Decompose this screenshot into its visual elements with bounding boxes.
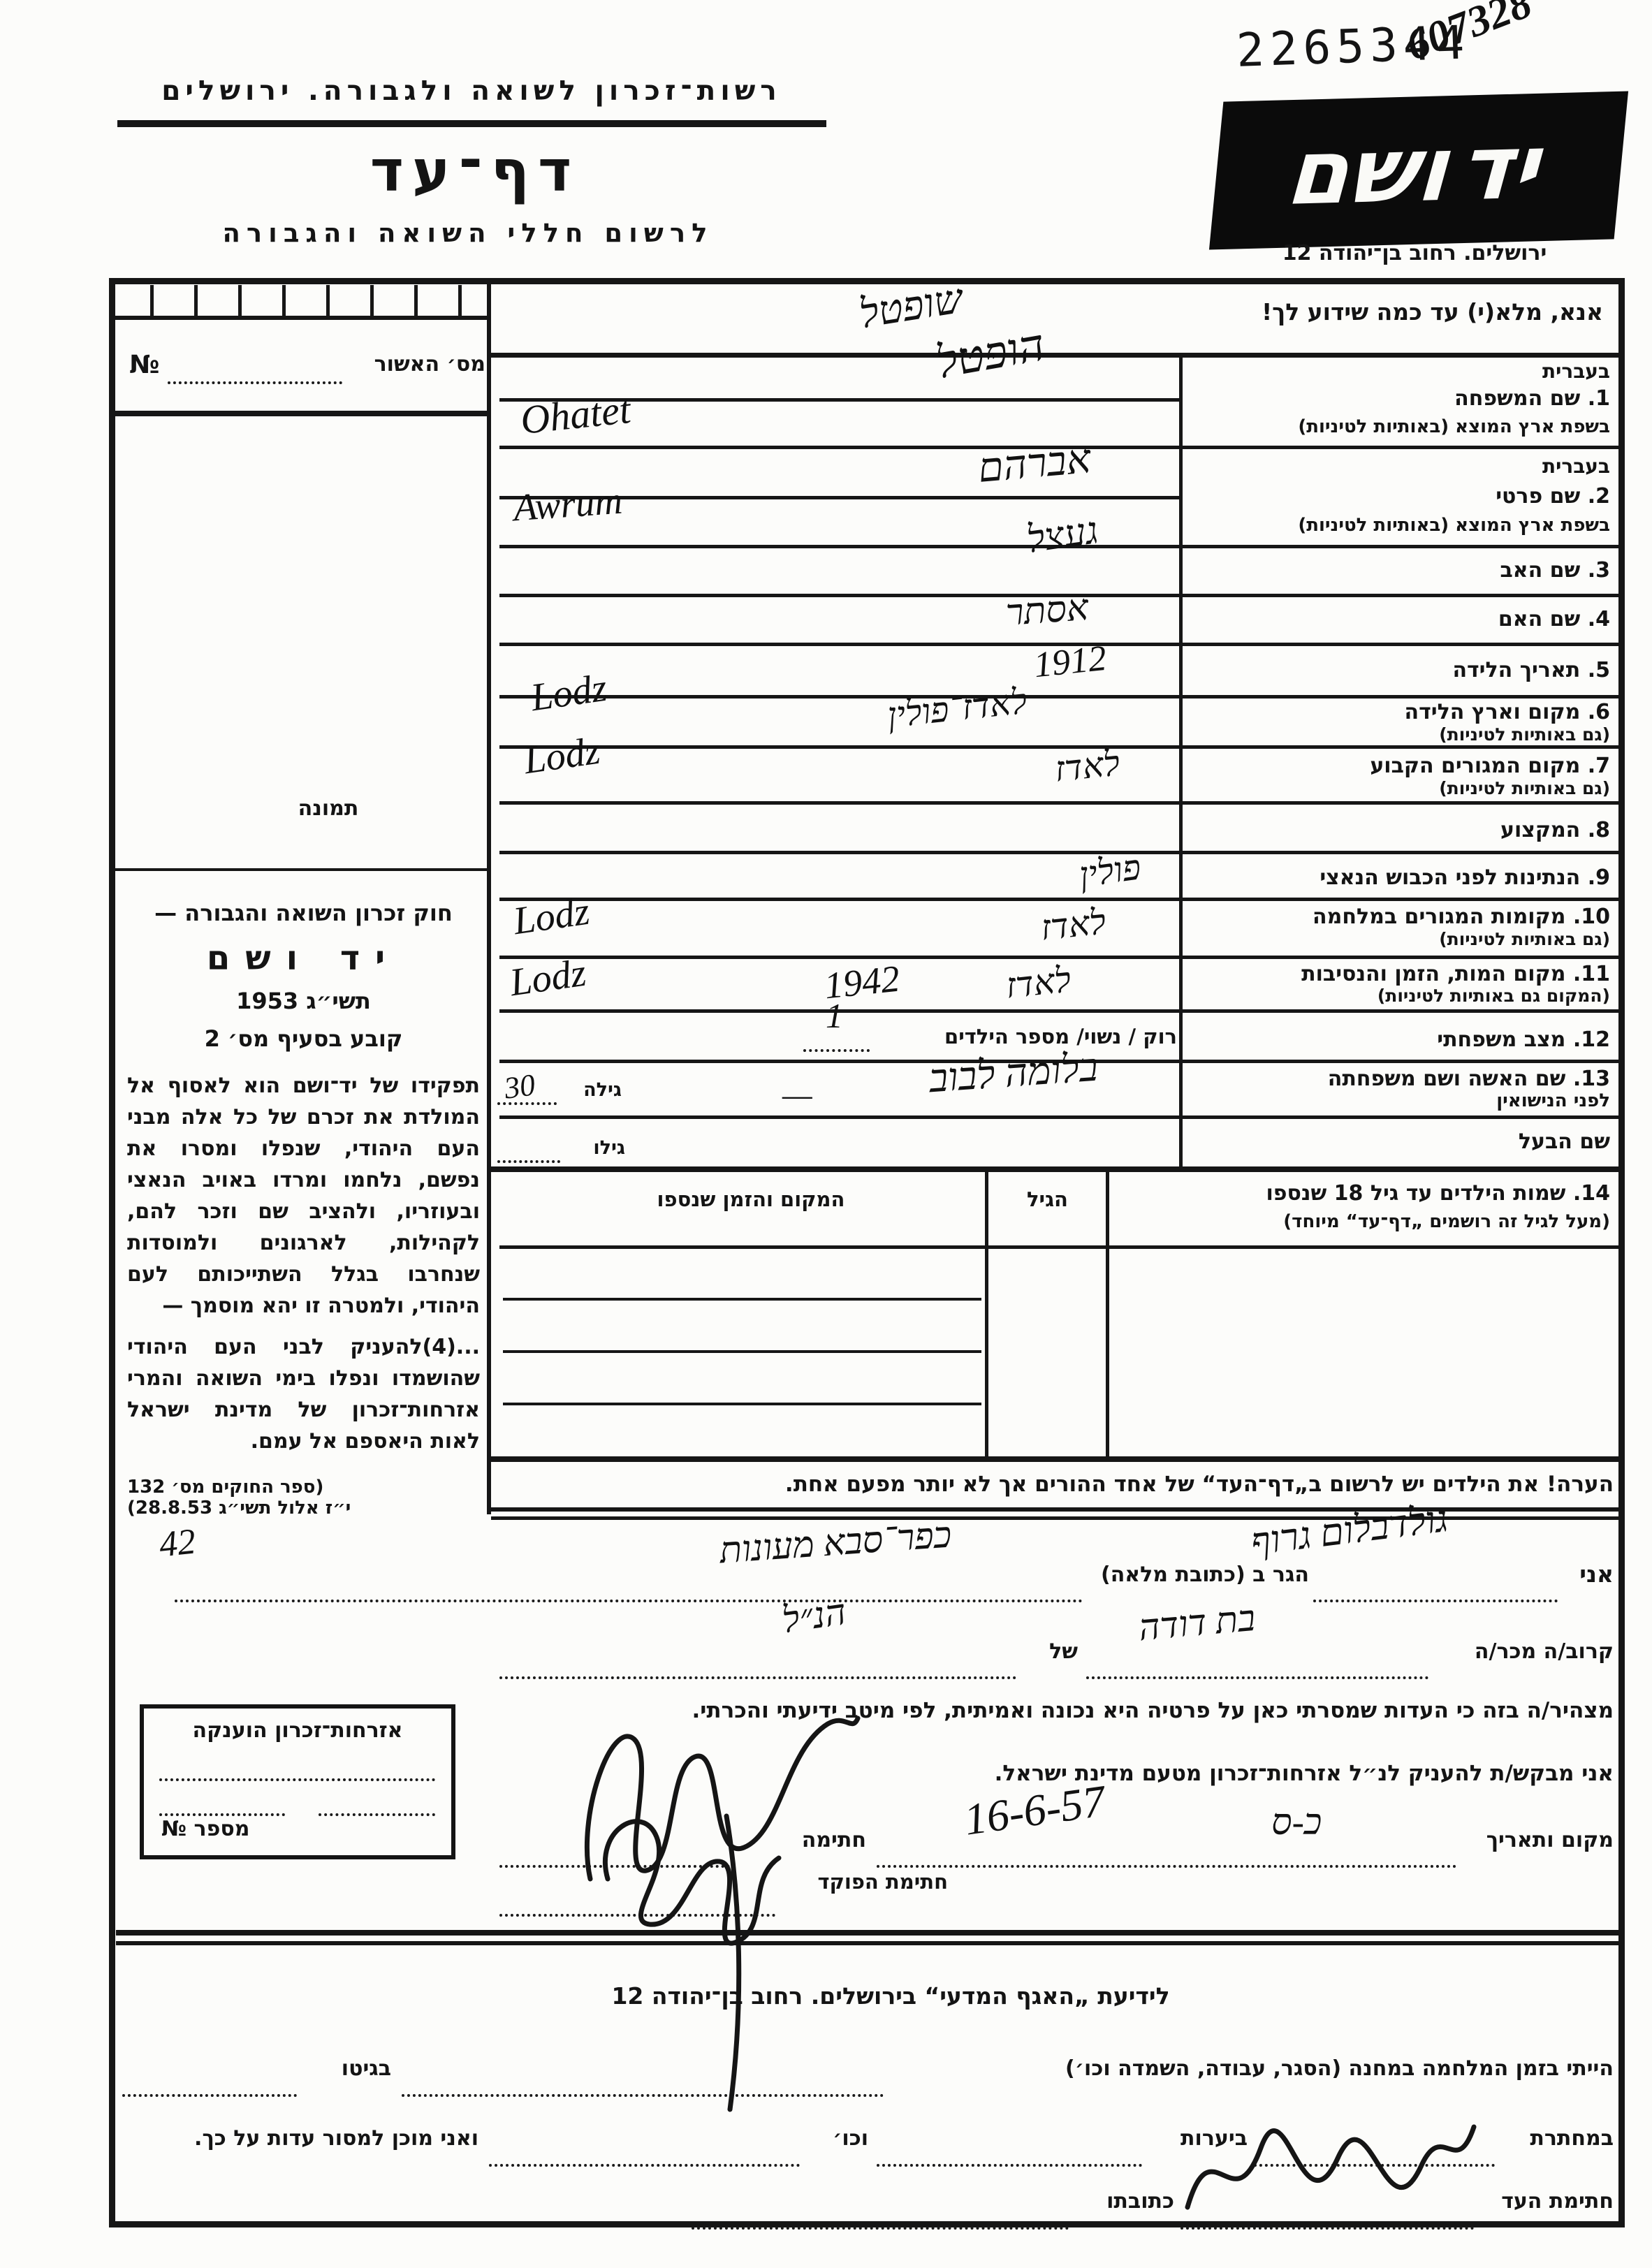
header-underline xyxy=(117,120,826,127)
frame-left xyxy=(109,278,115,2227)
etc-label: וכו׳ xyxy=(809,2127,868,2151)
comb-tick xyxy=(414,285,418,319)
authority-title: רשות־זכרון לשואה ולגבורה. ירושלים xyxy=(119,75,824,107)
declaration-request: אני מבקש/ת להעניק לנ״ל אזרחות־זכרון מטעם… xyxy=(803,1762,1614,1787)
row-line xyxy=(499,695,1618,698)
ghetto-blank xyxy=(122,2066,297,2097)
photo-placeholder-label: תמונה xyxy=(265,796,391,821)
ready-to-testify-text: ואני מוכן למסור עדות על כך. xyxy=(122,2127,478,2151)
note-bottom-line-2 xyxy=(491,1516,1618,1520)
field-7-label: 7. מקום המגורים הקבוע xyxy=(1187,754,1610,779)
citizenship-blank-2 xyxy=(159,1792,285,1816)
label-column-divider xyxy=(1179,353,1183,1169)
field-6-latin-label: (גם באותיות לטיניות) xyxy=(1187,725,1610,745)
hw-firstname-hebrew: אברהם xyxy=(976,435,1092,492)
header-address: ירושלים. רחוב בן־יהודה 12 xyxy=(1208,241,1621,265)
hw-relation: בת דודה xyxy=(1137,1598,1257,1649)
section-divider-2 xyxy=(116,1941,1619,1945)
form-subtitle: לרשום חללי השואה והגבורה xyxy=(150,218,786,248)
relation-label: קרוב/ה מכר/ה xyxy=(1435,1640,1614,1665)
field-14-label: 14. שמות הילדים עד גיל 18 שנספו xyxy=(1118,1182,1610,1206)
hw-residence-latin: Lodz xyxy=(521,729,603,784)
comb-tick xyxy=(194,285,198,319)
relation-of-blank xyxy=(499,1648,1016,1679)
hw-witness-address-number: 42 xyxy=(157,1521,198,1565)
field-13-label-2: לפני הנישואין xyxy=(1187,1091,1610,1112)
ghetto-label: בגיטו xyxy=(307,2057,391,2082)
row-line xyxy=(499,801,1618,805)
hw-wife-dash: — xyxy=(782,1076,812,1114)
table-header-line xyxy=(499,1245,1618,1249)
comb-tick xyxy=(150,285,154,319)
prompt-row-line xyxy=(491,353,1618,358)
hw-witness-address: כפר־סבא מעונות xyxy=(718,1514,953,1572)
citizenship-granted-title: אזרחות־זכרון הוענקה xyxy=(144,1718,451,1743)
page-of-testimony-scan: 2265344 607328 רשות־זכרון לשואה ולגבורה.… xyxy=(0,0,1652,2268)
table-bottom-line xyxy=(491,1456,1618,1462)
comb-tick xyxy=(370,285,374,319)
yad-vashem-logo: יד ושם xyxy=(1209,91,1628,249)
approval-number-blank xyxy=(168,355,342,384)
field-7-latin-label: (גם באותיות לטיניות) xyxy=(1187,779,1610,799)
place-date-label: מקום ותאריך xyxy=(1461,1829,1614,1853)
hw-wife-name: בלומה לבוב xyxy=(928,1046,1099,1102)
comb-tick xyxy=(282,285,286,319)
field-2-label: 2. שם פרטי xyxy=(1187,485,1610,509)
declarant-address-blank xyxy=(175,1572,1083,1602)
field-14-label-2: (מעל לגיל זה רושמים „דף־עד“ מיוחד) xyxy=(1118,1212,1610,1233)
table-row-line xyxy=(503,1403,981,1405)
etc-blank xyxy=(489,2136,800,2167)
field-1-label: 1. שם המשפחה xyxy=(1187,387,1610,411)
wife-age-label: גילה xyxy=(559,1079,622,1101)
comb-baseline xyxy=(115,316,488,320)
hw-surname-latin: Ohatet xyxy=(518,386,633,444)
hw-children-count: 1 xyxy=(826,995,843,1036)
citizenship-granted-box: אזרחות־זכרון הוענקה מספר № xyxy=(140,1704,455,1859)
law-paragraph-2: ‏...(4)להעניק לבני העם היהודי שהושמדו ונ… xyxy=(127,1331,480,1457)
hw-father-name: געצל xyxy=(1024,509,1101,562)
witness-signature xyxy=(1174,2061,1481,2263)
row-line xyxy=(499,1115,1618,1119)
sub-label-hebrew: בעברית xyxy=(1187,455,1610,478)
hw-death-place-latin: Lodz xyxy=(507,951,589,1006)
note-bottom-line-1 xyxy=(491,1507,1618,1512)
hw-death-place-hebrew: לאדז xyxy=(1004,959,1073,1006)
citizenship-blank-1 xyxy=(159,1757,435,1781)
left-column-divider xyxy=(487,278,491,1514)
approval-number-symbol: № xyxy=(129,351,159,379)
law-heading: חוק זכרון השואה והגבורה — xyxy=(127,900,480,926)
law-clause: קובע בסעיף מס׳ 2 xyxy=(127,1025,480,1052)
field-1-latin-label: בשפת ארץ המוצא (באותיות לטיניות) xyxy=(1187,417,1610,438)
forests-blank xyxy=(877,2136,1142,2167)
field-6-label: 6. מקום וארץ הלידה xyxy=(1187,701,1610,725)
hw-relation-of: הנ״ל xyxy=(780,1592,849,1641)
field-11-latin-label: (המקום גם באותיות לטיניות) xyxy=(1187,986,1610,1007)
husband-age-blank xyxy=(497,1139,560,1163)
row-line xyxy=(499,956,1618,959)
declaration-resident-label: הגר ב (כתובת מלאה) xyxy=(1091,1563,1309,1588)
underground-label: במחתרת xyxy=(1503,2127,1614,2151)
field-8-label: 8. המקצוע xyxy=(1187,819,1610,843)
hw-surname-hebrew: הופטל xyxy=(933,319,1048,389)
witness-address-blank xyxy=(692,2199,1069,2230)
place-date-blank xyxy=(877,1837,1456,1868)
table-row-line xyxy=(503,1350,981,1353)
husband-name-label: שם הבעל xyxy=(1187,1130,1610,1155)
law-year: תשי״ג 1953 xyxy=(127,988,480,1014)
comb-tick xyxy=(238,285,242,319)
hw-birthplace-latin: Lodz xyxy=(528,666,610,721)
row-line xyxy=(499,851,1618,854)
relation-of-label: של xyxy=(1025,1640,1078,1665)
hw-war-residence-latin: Lodz xyxy=(511,889,592,944)
declarant-name-blank xyxy=(1313,1572,1558,1602)
table-col-place-header: המקום והזמן שנספו xyxy=(524,1187,978,1211)
photo-box-bottom xyxy=(115,868,487,871)
yad-vashem-logo-text: יד ושם xyxy=(1280,122,1557,219)
approval-row-line xyxy=(115,411,488,416)
law-paragraph: תפקידו של יד־ושם הוא לאסוף אל המולדת את … xyxy=(127,1070,480,1322)
hw-place: כ-ס xyxy=(1271,1802,1322,1843)
field-2-latin-label: בשפת ארץ המוצא (באותיות לטיניות) xyxy=(1187,515,1610,536)
hw-residence-hebrew: לאדז xyxy=(1053,742,1122,789)
husband-age-label: גילו xyxy=(562,1137,625,1159)
law-text-block: חוק זכרון השואה והגבורה — יד ושם תשי״ג 1… xyxy=(127,900,480,1519)
hw-top-note: שופטל xyxy=(856,275,966,337)
sub-label-hebrew: בעברית xyxy=(1187,360,1610,383)
citizenship-blank-3 xyxy=(319,1792,435,1816)
field-5-label: 5. תאריך הלידה xyxy=(1187,659,1610,683)
hw-war-residence-hebrew: לאדז xyxy=(1039,901,1108,948)
note-text: הערה! את הילדים יש לרשום ב„דף־העד“ של אח… xyxy=(499,1472,1614,1498)
law-source-2: י״ז אלול תשי״ג 28.8.53) xyxy=(127,1498,480,1519)
hw-wife-age: 30 xyxy=(502,1067,538,1106)
witness-address-label: כתובתו xyxy=(1078,2190,1174,2214)
law-logo-text: יד ושם xyxy=(127,939,480,978)
hw-mother-name: אסתר xyxy=(1004,587,1090,634)
relation-blank xyxy=(1086,1648,1428,1679)
witness-signature-label: חתימת העד xyxy=(1482,2190,1614,2214)
approval-number-label: מס׳ האשור xyxy=(346,353,485,377)
table-col-divider-age-right xyxy=(1106,1166,1109,1456)
field-13-label: 13. שם האשה ושם משפחתה xyxy=(1187,1067,1610,1092)
frame-top xyxy=(109,278,1625,284)
hw-firstname-latin: Awrum xyxy=(512,478,624,530)
table-top-line xyxy=(491,1166,1618,1172)
hw-citizenship: פולין xyxy=(1076,847,1143,895)
citizenship-number-label: מספר № xyxy=(161,1817,249,1841)
field-10-latin-label: (גם באותיות לטיניות) xyxy=(1187,930,1610,950)
table-row-line xyxy=(503,1298,981,1301)
hw-birth-date: 1912 xyxy=(1032,638,1109,687)
clerk-signature xyxy=(580,1774,817,2123)
field-4-label: 4. שם האם xyxy=(1187,608,1610,632)
row-line xyxy=(499,1009,1618,1013)
frame-right xyxy=(1618,278,1625,2227)
comb-tick xyxy=(326,285,330,319)
table-col-divider-age-left xyxy=(985,1166,988,1456)
row-line xyxy=(499,898,1618,901)
section-divider-1 xyxy=(116,1930,1619,1936)
form-title: דף־עד xyxy=(293,138,657,205)
field-9-label: 9. הנתינות לפני הכבוש הנאצי xyxy=(1187,866,1610,891)
comb-tick xyxy=(458,285,462,319)
law-source-1: (ספר החוקים מס׳ 132 xyxy=(127,1477,480,1498)
hw-birthplace-hebrew: לאדז־פולין xyxy=(886,681,1029,736)
field-10-label: 10. מקומות המגורים במלחמה xyxy=(1187,905,1610,930)
field-3-label: 3. שם האב xyxy=(1187,559,1610,583)
field-12-label: 12. מצב משפחתי xyxy=(1187,1028,1610,1053)
field-11-label: 11. מקום המות, הזמן והנסיבות xyxy=(1187,963,1610,987)
declaration-i-label: אני xyxy=(1565,1561,1614,1588)
table-col-age-header: הגיל xyxy=(990,1187,1105,1211)
